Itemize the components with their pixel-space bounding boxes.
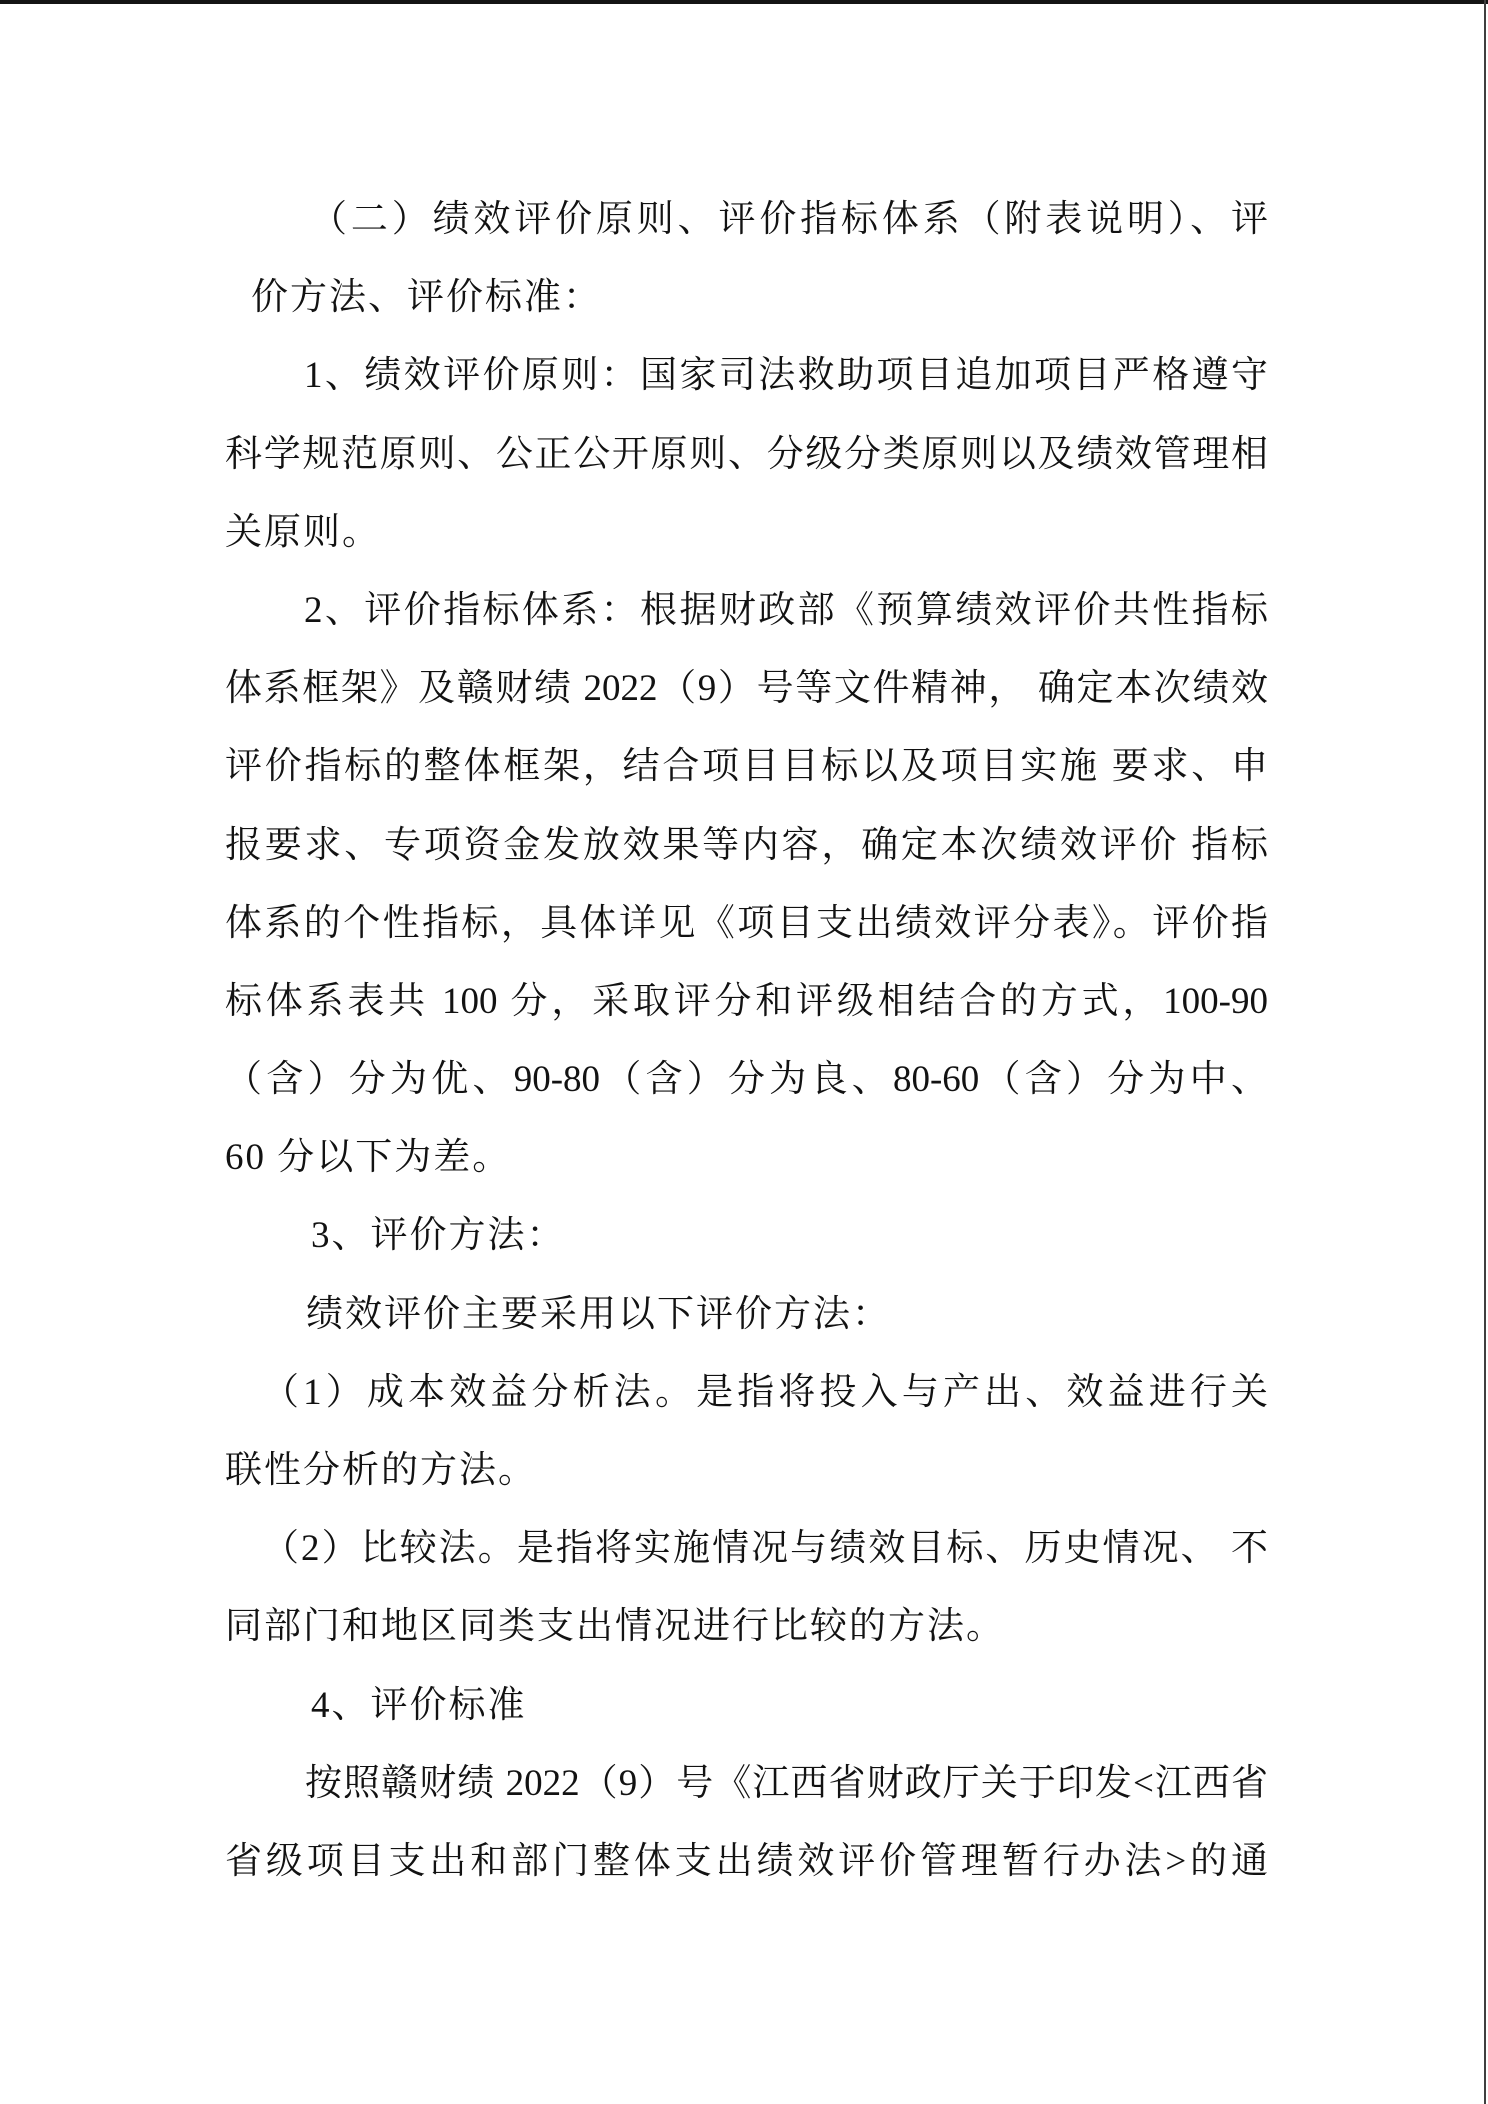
text-line: 同部门和地区同类支出情况进行比较的方法。 — [225, 1588, 1268, 1666]
text-line: 3、评价方法： — [225, 1197, 1268, 1275]
text-line: 关原则。 — [225, 494, 1268, 572]
text-line: 科学规范原则、公正公开原则、分级分类原则以及绩效管理相 — [225, 416, 1268, 494]
text-line: 按照赣财绩 2022（9）号《江西省财政厅关于印发<江西省 — [225, 1745, 1268, 1823]
text-line: 1、绩效评价原则：国家司法救助项目追加项目严格遵守 — [225, 337, 1268, 415]
text-line: （2）比较法。是指将实施情况与绩效目标、历史情况、 不 — [225, 1510, 1268, 1588]
text-line-heading-wrap: 价方法、评价标准： — [225, 259, 1268, 337]
text-line: 标体系表共 100 分，采取评分和评级相结合的方式，100-90 — [225, 963, 1268, 1041]
text-line: 省级项目支出和部门整体支出绩效评价管理暂行办法>的通 — [225, 1823, 1268, 1901]
text-line-heading: （二）绩效评价原则、评价指标体系（附表说明）、评 — [225, 181, 1268, 259]
text-line: 体系框架》及赣财绩 2022（9）号等文件精神， 确定本次绩效 — [225, 650, 1268, 728]
text-line: 报要求、专项资金发放效果等内容，确定本次绩效评价 指标 — [225, 807, 1268, 885]
document-page: （二）绩效评价原则、评价指标体系（附表说明）、评 价方法、评价标准： 1、绩效评… — [0, 0, 1488, 2104]
document-content: （二）绩效评价原则、评价指标体系（附表说明）、评 价方法、评价标准： 1、绩效评… — [225, 181, 1268, 1901]
text-line: 体系的个性指标，具体详见《项目支出绩效评分表》。评价指 — [225, 885, 1268, 963]
text-line: 联性分析的方法。 — [225, 1432, 1268, 1510]
text-line: 2、评价指标体系：根据财政部《预算绩效评价共性指标 — [225, 572, 1268, 650]
text-line: （含）分为优、90-80（含）分为良、80-60（含）分为中、 — [225, 1041, 1268, 1119]
text-line: 60 分以下为差。 — [225, 1119, 1268, 1197]
page-top-border — [0, 0, 1488, 4]
text-line: 4、评价标准 — [225, 1667, 1268, 1745]
text-line: 绩效评价主要采用以下评价方法： — [225, 1276, 1268, 1354]
text-line: 评价指标的整体框架，结合项目目标以及项目实施 要求、申 — [225, 728, 1268, 806]
page-right-border — [1484, 0, 1486, 2104]
text-line: （1）成本效益分析法。是指将投入与产出、效益进行关 — [225, 1354, 1268, 1432]
